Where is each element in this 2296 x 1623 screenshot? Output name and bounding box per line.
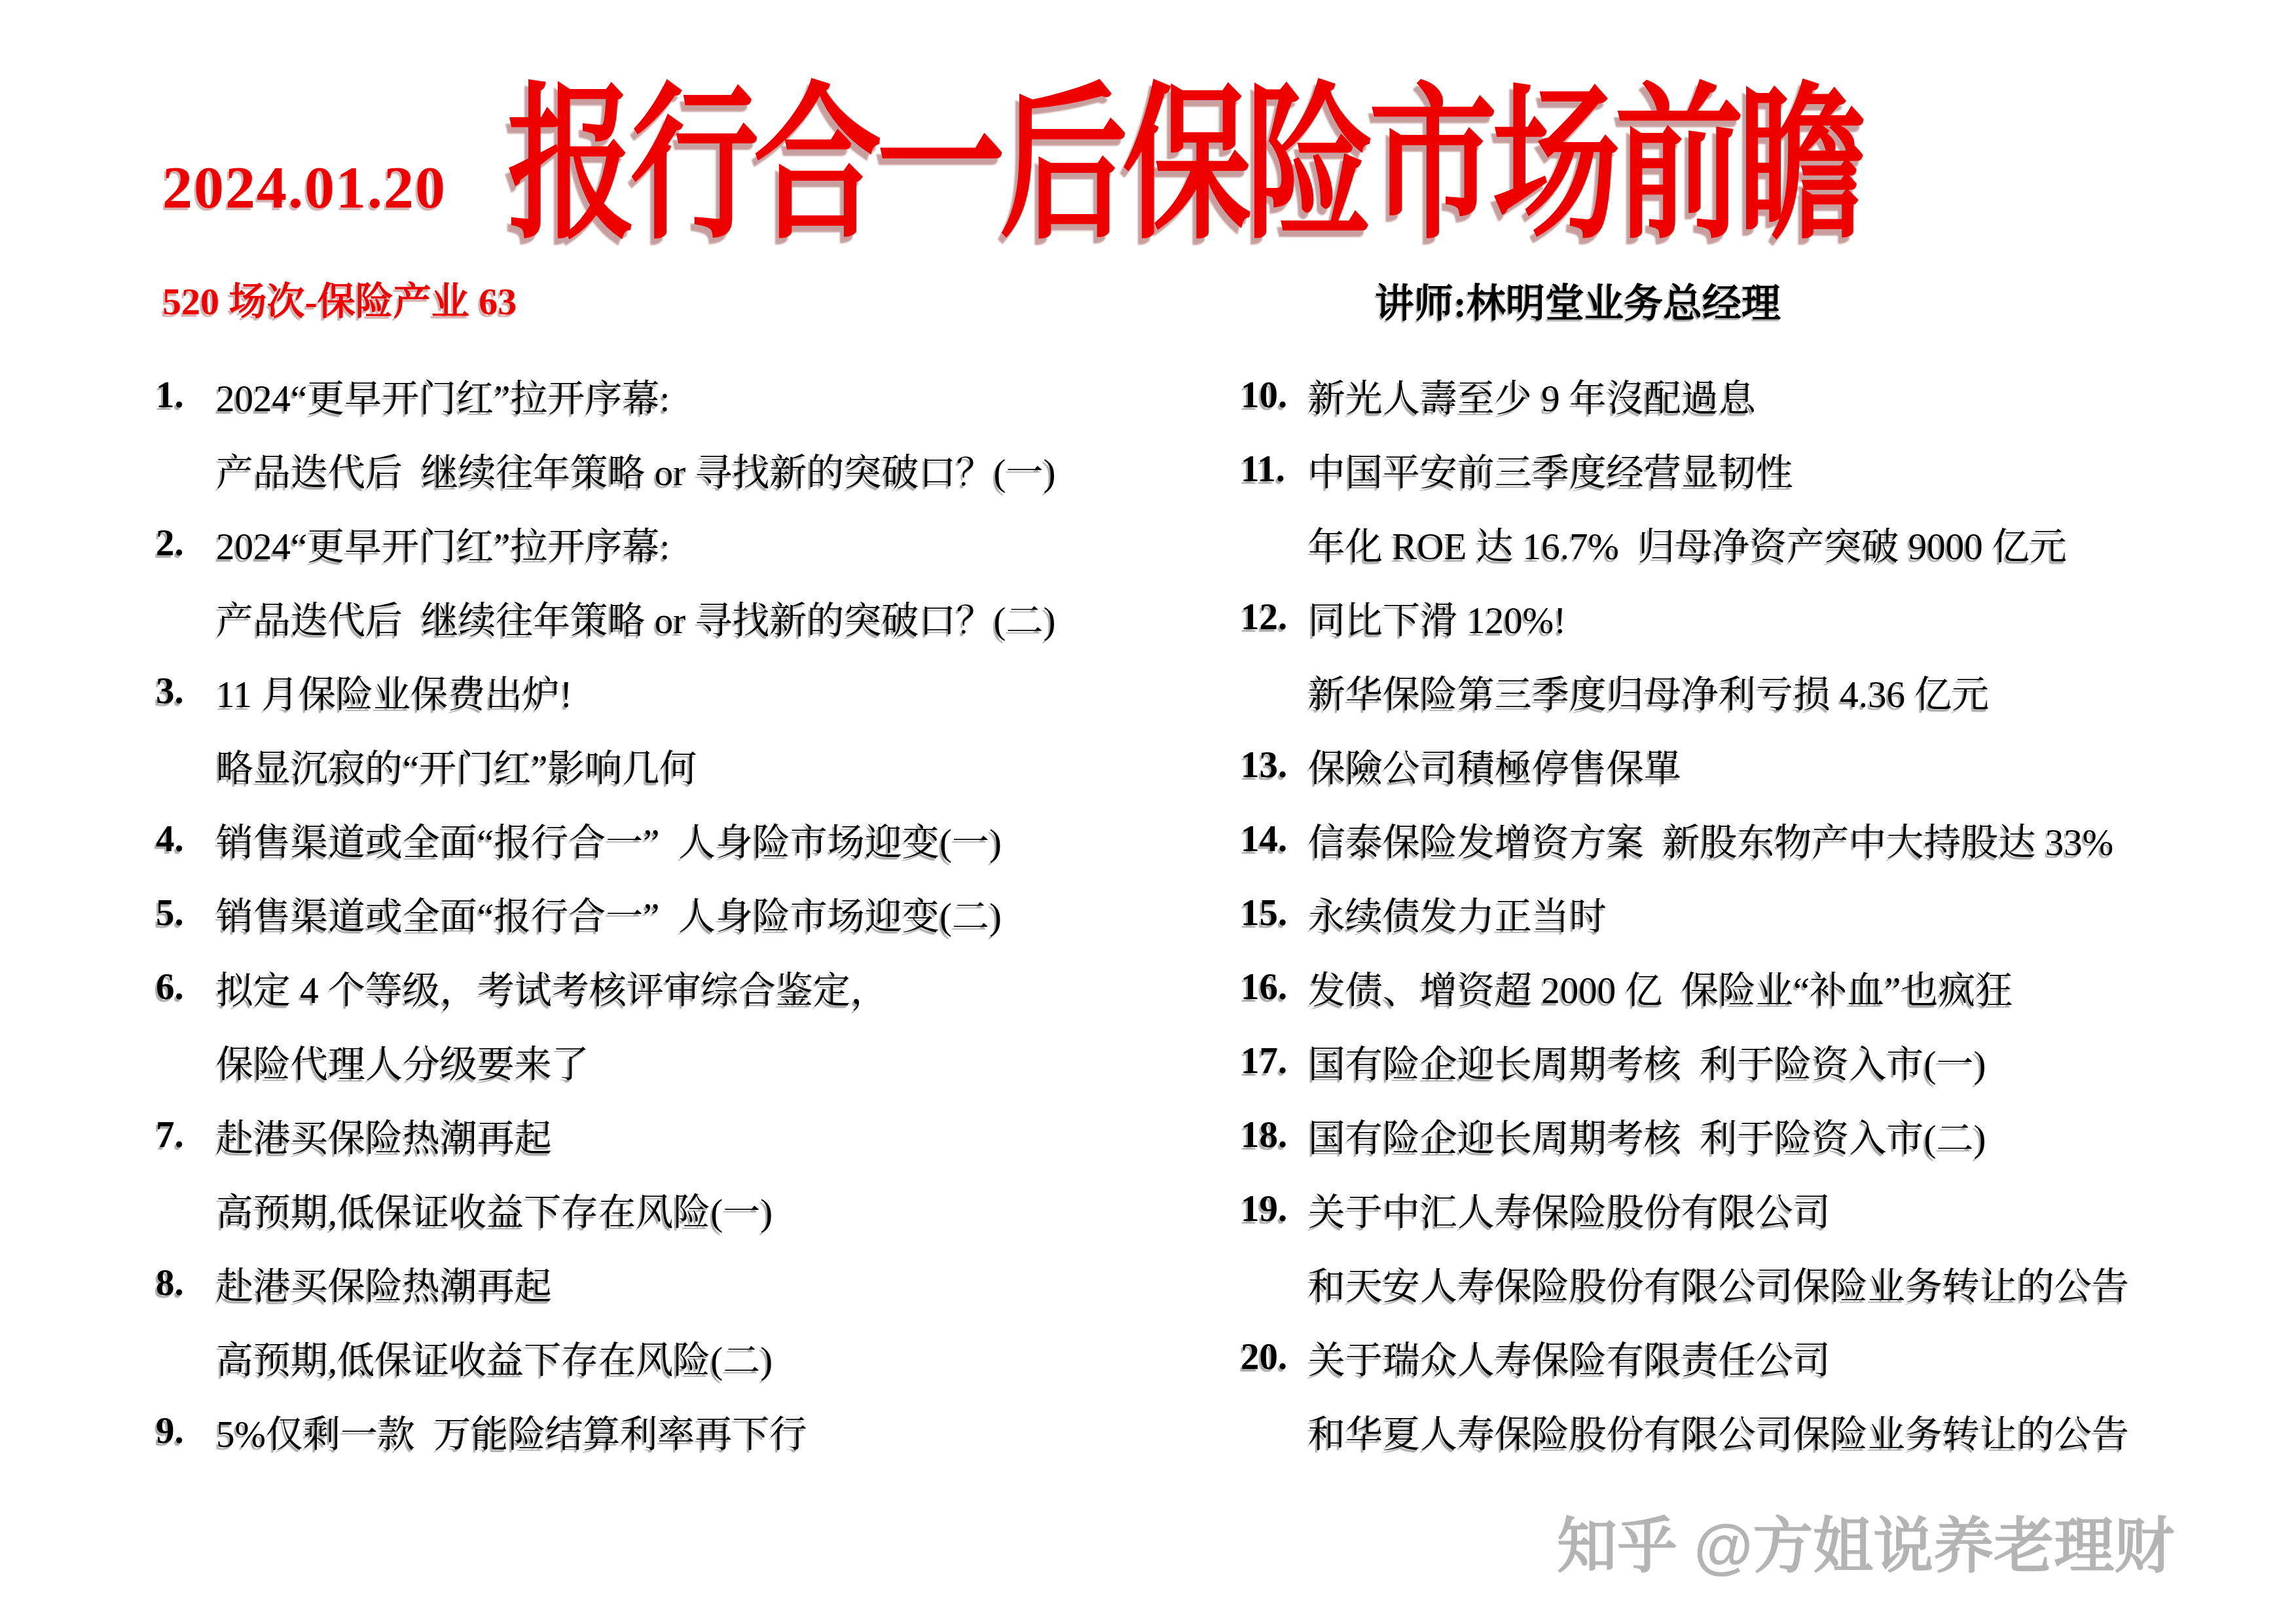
- line-text: 国有险企迎长周期考核 利于险资入市(二): [1308, 1108, 1986, 1162]
- line-text: 赴港买保险热潮再起: [216, 1256, 552, 1310]
- list-line: 7.赴港买保险热潮再起: [156, 1098, 1216, 1172]
- page-title: 报行合一后保险市场前瞻: [507, 82, 1861, 249]
- list-line: 14.信泰保险发增资方案 新股东物产中大持股达 33%: [1241, 802, 2288, 876]
- line-number: 9.: [156, 1410, 216, 1452]
- list-line: 略显沉寂的“开门红”影响几何: [156, 728, 1216, 802]
- line-number: 11.: [1241, 448, 1308, 490]
- line-number: 2.: [156, 522, 216, 564]
- list-line: 16.发债、增资超 2000 亿 保险业“补血”也疯狂: [1241, 950, 2288, 1024]
- line-text: 新光人壽至少 9 年沒配過息: [1308, 369, 1756, 422]
- list-line: 4.销售渠道或全面“报行合一” 人身险市场迎变(一): [156, 802, 1216, 876]
- line-text: 永续债发力正当时: [1308, 886, 1607, 940]
- line-number: 10.: [1241, 374, 1308, 416]
- line-text: 赴港买保险热潮再起: [216, 1108, 552, 1162]
- line-text: 销售渠道或全面“报行合一” 人身险市场迎变(二): [216, 886, 1002, 940]
- list-line: 和华夏人寿保险股份有限公司保险业务转让的公告: [1241, 1394, 2288, 1468]
- list-line: 6.拟定 4 个等级，考试考核评审综合鉴定，: [156, 950, 1216, 1024]
- list-line: 9.5%仅剩一款 万能险结算利率再下行: [156, 1394, 1216, 1468]
- list-line: 高预期,低保证收益下存在风险(一): [156, 1172, 1216, 1246]
- line-text: 高预期,低保证收益下存在风险(一): [216, 1182, 773, 1236]
- line-number: 1.: [156, 374, 216, 416]
- line-text: 信泰保险发增资方案 新股东物产中大持股达 33%: [1308, 812, 2113, 866]
- list-line: 产品迭代后 继续往年策略 or 寻找新的突破口？(二): [156, 580, 1216, 654]
- list-line: 18.国有险企迎长周期考核 利于险资入市(二): [1241, 1098, 2288, 1172]
- list-line: 3.11 月保险业保费出炉!: [156, 654, 1216, 728]
- line-number: 3.: [156, 670, 216, 712]
- list-line: 新华保险第三季度归母净利亏损 4.36 亿元: [1241, 654, 2288, 728]
- line-number: 12.: [1241, 596, 1308, 638]
- date-label: 2024.01.20: [162, 157, 446, 217]
- line-text: 国有险企迎长周期考核 利于险资入市(一): [1308, 1034, 1986, 1088]
- line-text: 产品迭代后 继续往年策略 or 寻找新的突破口？(二): [216, 591, 1055, 644]
- slide-page: 2024.01.20 报行合一后保险市场前瞻 520 场次-保险产业 63 讲师…: [0, 0, 2296, 1623]
- line-text: 中国平安前三季度经营显韧性: [1308, 443, 1793, 496]
- list-line: 17.国有险企迎长周期考核 利于险资入市(一): [1241, 1024, 2288, 1098]
- list-line: 和天安人寿保险股份有限公司保险业务转让的公告: [1241, 1246, 2288, 1320]
- line-number: 8.: [156, 1262, 216, 1304]
- line-text: 关于瑞众人寿保险有限责任公司: [1308, 1330, 1831, 1384]
- list-line: 5.销售渠道或全面“报行合一” 人身险市场迎变(二): [156, 876, 1216, 950]
- line-text: 保險公司積極停售保單: [1308, 739, 1681, 792]
- list-line: 8.赴港买保险热潮再起: [156, 1246, 1216, 1320]
- line-text: 发债、增资超 2000 亿 保险业“补血”也疯狂: [1308, 960, 2013, 1014]
- list-line: 12.同比下滑 120%!: [1241, 580, 2288, 654]
- line-number: 14.: [1241, 818, 1308, 860]
- line-text: 销售渠道或全面“报行合一” 人身险市场迎变(一): [216, 812, 1002, 866]
- list-column-left: 1.2024“更早开门红”拉开序幕:产品迭代后 继续往年策略 or 寻找新的突破…: [156, 358, 1216, 1468]
- line-text: 拟定 4 个等级，考试考核评审综合鉴定，: [216, 960, 888, 1014]
- line-number: 13.: [1241, 744, 1308, 786]
- line-number: 5.: [156, 892, 216, 934]
- line-text: 保险代理人分级要来了: [216, 1034, 589, 1088]
- line-text: 和华夏人寿保险股份有限公司保险业务转让的公告: [1308, 1404, 2129, 1458]
- line-number: 16.: [1241, 966, 1308, 1008]
- line-number: 7.: [156, 1114, 216, 1156]
- list-line: 产品迭代后 继续往年策略 or 寻找新的突破口？(一): [156, 432, 1216, 506]
- line-text: 略显沉寂的“开门红”影响几何: [216, 739, 697, 792]
- line-text: 和天安人寿保险股份有限公司保险业务转让的公告: [1308, 1256, 2129, 1310]
- list-line: 10.新光人壽至少 9 年沒配過息: [1241, 358, 2288, 432]
- list-line: 19.关于中汇人寿保险股份有限公司: [1241, 1172, 2288, 1246]
- list-line: 20.关于瑞众人寿保险有限责任公司: [1241, 1320, 2288, 1394]
- line-number: 15.: [1241, 892, 1308, 934]
- line-text: 2024“更早开门红”拉开序幕:: [216, 517, 670, 570]
- line-number: 4.: [156, 818, 216, 860]
- line-number: 19.: [1241, 1188, 1308, 1230]
- line-text: 同比下滑 120%!: [1308, 591, 1566, 644]
- list-line: 2.2024“更早开门红”拉开序幕:: [156, 506, 1216, 580]
- lecturer-label: 讲师:林明堂业务总经理: [1375, 282, 1781, 327]
- line-number: 20.: [1241, 1336, 1308, 1378]
- list-line: 11.中国平安前三季度经营显韧性: [1241, 432, 2288, 506]
- line-number: 6.: [156, 966, 216, 1008]
- list-line: 15.永续债发力正当时: [1241, 876, 2288, 950]
- line-text: 关于中汇人寿保险股份有限公司: [1308, 1182, 1831, 1236]
- line-text: 新华保险第三季度归母净利亏损 4.36 亿元: [1308, 665, 1989, 718]
- list-column-right: 10.新光人壽至少 9 年沒配過息11.中国平安前三季度经营显韧性年化 ROE …: [1241, 358, 2288, 1468]
- list-line: 1.2024“更早开门红”拉开序幕:: [156, 358, 1216, 432]
- line-number: 17.: [1241, 1040, 1308, 1082]
- line-number: 18.: [1241, 1114, 1308, 1156]
- list-line: 年化 ROE 达 16.7% 归母净资产突破 9000 亿元: [1241, 506, 2288, 580]
- line-text: 产品迭代后 继续往年策略 or 寻找新的突破口？(一): [216, 443, 1055, 496]
- line-text: 11 月保险业保费出炉!: [216, 665, 572, 718]
- session-label: 520 场次-保险产业 63: [162, 280, 517, 324]
- line-text: 年化 ROE 达 16.7% 归母净资产突破 9000 亿元: [1308, 517, 2067, 570]
- list-line: 高预期,低保证收益下存在风险(二): [156, 1320, 1216, 1394]
- list-line: 保险代理人分级要来了: [156, 1024, 1216, 1098]
- line-text: 5%仅剩一款 万能险结算利率再下行: [216, 1404, 807, 1458]
- list-line: 13.保險公司積極停售保單: [1241, 728, 2288, 802]
- line-text: 2024“更早开门红”拉开序幕:: [216, 369, 670, 422]
- watermark: 知乎 @方姐说养老理财: [1557, 1516, 2174, 1577]
- line-text: 高预期,低保证收益下存在风险(二): [216, 1330, 773, 1384]
